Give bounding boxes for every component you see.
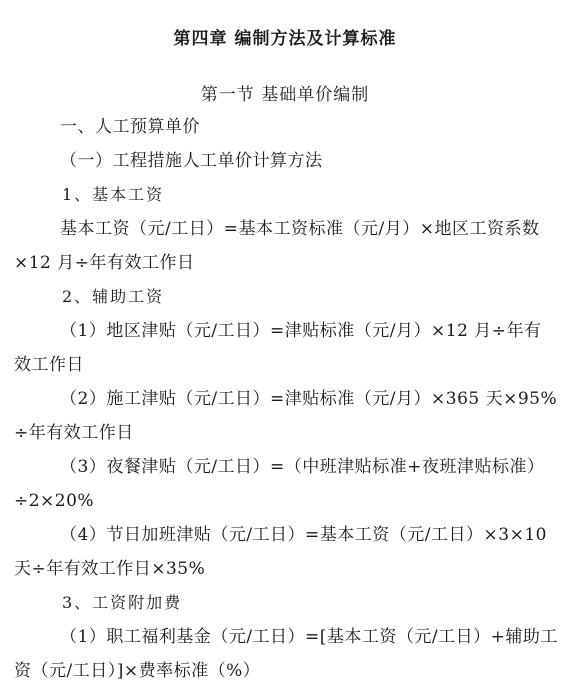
- formula-holiday-overtime-allowance: （4）节日加班津贴（元/工日）=基本工资（元/工日）×3×10: [60, 525, 547, 545]
- heading-auxiliary-wage: 2、辅助工资: [62, 287, 164, 307]
- heading-wage-surcharge: 3、工资附加费: [62, 593, 182, 613]
- formula-employee-welfare-fund: （1）职工福利基金（元/工日）=[基本工资（元/工日）+辅助工: [60, 627, 558, 647]
- formula-holiday-overtime-allowance-cont: 天÷年有效工作日×35%: [14, 559, 205, 579]
- heading-labor-budget-unit-price: 一、人工预算单价: [60, 117, 200, 137]
- formula-construction-allowance-cont: ÷年有效工作日: [14, 423, 134, 443]
- formula-basic-wage-cont: ×12 月÷年有效工作日: [14, 253, 195, 273]
- formula-construction-allowance: （2）施工津贴（元/工日）=津贴标准（元/月）×365 天×95%: [60, 389, 557, 409]
- chapter-title: 第四章 编制方法及计算标准: [0, 24, 570, 49]
- heading-basic-wage: 1、基本工资: [62, 185, 164, 205]
- formula-employee-welfare-fund-cont: 资（元/工日）]×费率标准（%）: [14, 661, 260, 681]
- formula-night-meal-allowance: （3）夜餐津贴（元/工日）=（中班津贴标准+夜班津贴标准）: [60, 457, 545, 477]
- formula-basic-wage: 基本工资（元/工日）=基本工资标准（元/月）×地区工资系数: [60, 219, 539, 239]
- heading-engineering-labor-method: （一）工程措施人工单价计算方法: [60, 151, 323, 171]
- formula-regional-allowance: （1）地区津贴（元/工日）=津贴标准（元/月）×12 月÷年有: [60, 321, 542, 341]
- formula-regional-allowance-cont: 效工作日: [14, 355, 84, 375]
- document-page: 第四章 编制方法及计算标准 第一节 基础单价编制 一、人工预算单价 （一）工程措…: [0, 0, 570, 691]
- formula-night-meal-allowance-cont: ÷2×20%: [14, 491, 94, 511]
- section-title: 第一节 基础单价编制: [0, 80, 570, 105]
